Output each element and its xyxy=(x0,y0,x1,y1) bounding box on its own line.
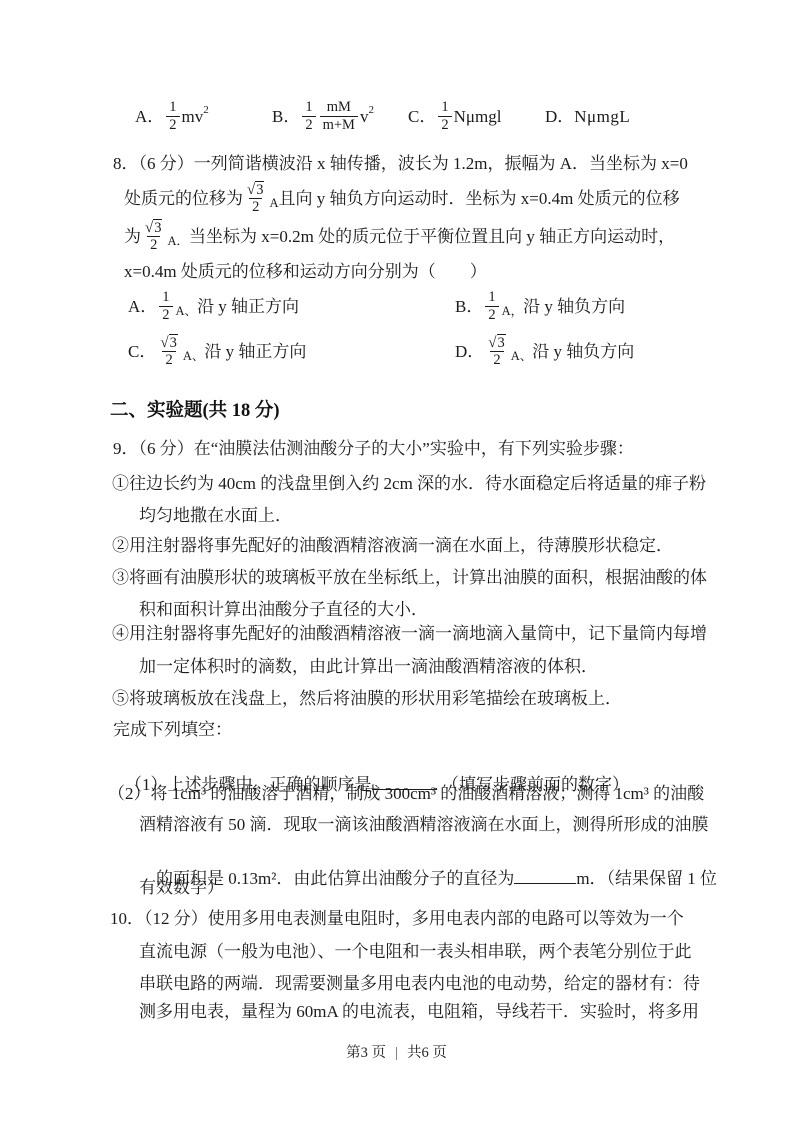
current-page-label: 第3 页 xyxy=(346,1045,386,1061)
question-text: 当坐标为 x=0.2m 处的质元位于平衡位置且向 y 轴正方向运动时， xyxy=(189,225,675,248)
q8-option-b: B． 12 A， 沿 y 轴负方向 xyxy=(455,284,625,328)
q9-step-line: 均匀地撒在水面上． xyxy=(139,504,292,527)
option-text: 沿 y 轴负方向 xyxy=(523,295,625,318)
q9-step-line: ②用注射器将事先配好的油酸酒精溶液滴一滴在水面上，待薄膜形状稳定． xyxy=(112,534,673,557)
q8-option-a: A． 12 A、 沿 y 轴正方向 xyxy=(128,284,299,328)
formula-text: mv xyxy=(182,105,204,128)
denominator: 2 xyxy=(166,116,179,133)
amplitude-symbol: A、 xyxy=(511,345,533,368)
section-header: 二、实验题(共 18 分) xyxy=(110,400,280,423)
fraction: 12 xyxy=(302,99,315,132)
footer-separator: | xyxy=(395,1045,398,1061)
q9-part2-line: 酒精溶液有 50 滴．现取一滴该油酸酒精溶液滴在水面上，测得所形成的油膜 xyxy=(139,813,709,836)
q7-option-d: D． NμmgL xyxy=(545,95,630,137)
q7-option-a: A． 12 mv 2 xyxy=(135,95,209,137)
superscript: 2 xyxy=(368,99,374,122)
fraction: 12 xyxy=(485,289,498,322)
option-label: D． xyxy=(455,340,484,363)
formula-text: v xyxy=(360,105,369,128)
denominator: 2 xyxy=(490,351,503,368)
q8-line4: x=0.4m 处质元的位移和运动方向分别为（ ） xyxy=(124,260,487,283)
q9-step-line: 加一定体积时的滴数，由此计算出一滴油酸酒精溶液的体积． xyxy=(139,655,598,678)
option-label: A． xyxy=(135,105,164,128)
exam-paper-page: A． 12 mv 2 B． 12 mMm+M v 2 C． 12 Nμmgl D… xyxy=(0,0,793,1122)
option-text: 沿 y 轴正方向 xyxy=(204,340,306,363)
numerator: √3 xyxy=(486,334,507,351)
sqrt-fraction: √32 xyxy=(143,219,164,253)
question-text: m．（结果保留 1 位 xyxy=(576,869,717,888)
option-label: B． xyxy=(455,295,483,318)
radicand: 3 xyxy=(153,219,162,236)
q9-complete-label: 完成下列填空： xyxy=(113,718,232,741)
numerator: √3 xyxy=(245,181,266,198)
q9-part2-line: 有效数字） xyxy=(139,876,224,899)
fraction: 12 xyxy=(159,289,172,322)
q9-step-line: ④用注射器将事先配好的油酸酒精溶液一滴一滴地滴入量筒中，记下量筒内每增 xyxy=(112,622,707,645)
fill-in-blank xyxy=(514,870,576,884)
option-label: A． xyxy=(128,295,157,318)
q8-line3: 为 √32 A． 当坐标为 x=0.2m 处的质元位于平衡位置且向 y 轴正方向… xyxy=(124,214,675,258)
option-label: D． xyxy=(545,105,574,128)
numerator: 1 xyxy=(303,99,314,115)
sqrt-fraction: √32 xyxy=(245,181,266,215)
numerator: 1 xyxy=(167,99,178,115)
radicand: 3 xyxy=(497,334,506,351)
amplitude-symbol: A xyxy=(269,192,278,215)
fraction: mMm+M xyxy=(320,99,358,132)
total-pages-label: 共6 页 xyxy=(407,1045,447,1061)
option-label: B． xyxy=(272,105,300,128)
denominator: 2 xyxy=(249,198,262,215)
question-text: 处质元的位移为 xyxy=(124,187,243,210)
question-text: 且向 y 轴负方向运动时．坐标为 x=0.4m 处质元的位移 xyxy=(279,187,680,210)
q9-part2-line: 的面积是 0.13m²．由此估算出油酸分子的直径为m．（结果保留 1 位 xyxy=(139,844,717,913)
numerator: 1 xyxy=(160,289,171,305)
denominator: 2 xyxy=(438,116,451,133)
q10-line: 直流电源（一般为电池）、一个电阻和一表头相串联，两个表笔分别位于此 xyxy=(139,940,692,963)
option-label: C． xyxy=(128,340,156,363)
amplitude-symbol: A、 xyxy=(183,345,205,368)
q8-line1: 8．（6 分）一列简谐横波沿 x 轴传播，波长为 1.2m，振幅为 A．当坐标为… xyxy=(113,152,688,175)
numerator: √3 xyxy=(158,334,179,351)
sqrt-fraction: √32 xyxy=(158,334,179,368)
fraction: 12 xyxy=(166,99,179,132)
formula-text: Nμmgl xyxy=(454,105,502,128)
denominator: 2 xyxy=(159,306,172,323)
option-text: 沿 y 轴负方向 xyxy=(532,340,634,363)
numerator: mM xyxy=(325,99,353,115)
q9-intro: 9．（6 分）在“油膜法估测油酸分子的大小”实验中，有下列实验步骤： xyxy=(113,437,634,460)
radical-icon: √ xyxy=(488,336,496,351)
q10-line: 串联电路的两端．现需要测量多用电表内电池的电动势，给定的器材有：待 xyxy=(139,972,700,995)
sqrt-fraction: √32 xyxy=(486,334,507,368)
radicand: 3 xyxy=(255,181,264,198)
denominator: m+M xyxy=(320,116,358,133)
q8-option-c: C． √32 A、 沿 y 轴正方向 xyxy=(128,329,306,373)
q9-step-line: ①往边长约为 40cm 的浅盘里倒入约 2cm 深的水．待水面稳定后将适量的痱子… xyxy=(112,472,706,495)
amplitude-symbol: A． xyxy=(167,230,189,253)
fraction: 12 xyxy=(438,99,451,132)
q9-step-line: 积和面积计算出油酸分子直径的大小． xyxy=(139,598,428,621)
radical-icon: √ xyxy=(160,336,168,351)
superscript: 2 xyxy=(203,99,209,122)
q7-option-c: C． 12 Nμmgl xyxy=(408,95,501,137)
amplitude-symbol: A、 xyxy=(176,300,198,323)
q10-line: 10．（12 分）使用多用电表测量电阻时，多用电表内部的电路可以等效为一个 xyxy=(110,907,684,930)
numerator: 1 xyxy=(486,289,497,305)
radicand: 3 xyxy=(169,334,178,351)
amplitude-symbol: A， xyxy=(502,300,524,323)
numerator: √3 xyxy=(143,219,164,236)
denominator: 2 xyxy=(162,351,175,368)
q7-option-b: B． 12 mMm+M v 2 xyxy=(272,95,374,137)
q10-line: 测多用电表，量程为 60mA 的电流表，电阻箱，导线若干．实验时，将多用 xyxy=(139,1000,699,1023)
option-label: C． xyxy=(408,105,436,128)
q9-step-line: ③将画有油膜形状的玻璃板平放在坐标纸上，计算出油膜的面积，根据油酸的体 xyxy=(112,566,707,589)
denominator: 2 xyxy=(302,116,315,133)
radical-icon: √ xyxy=(145,221,153,236)
radical-icon: √ xyxy=(247,183,255,198)
q9-part2-line: （2）将 1cm³ 的油酸溶于酒精，制成 300cm³ 的油酸酒精溶液；测得 1… xyxy=(108,782,704,805)
page-footer: 第3 页|共6 页 xyxy=(0,1041,793,1062)
q8-option-d: D． √32 A、 沿 y 轴负方向 xyxy=(455,329,634,373)
numerator: 1 xyxy=(439,99,450,115)
denominator: 2 xyxy=(147,236,160,253)
q9-step-line: ⑤将玻璃板放在浅盘上，然后将油膜的形状用彩笔描绘在玻璃板上． xyxy=(112,687,622,710)
denominator: 2 xyxy=(485,306,498,323)
formula-text: NμmgL xyxy=(574,105,630,128)
option-text: 沿 y 轴正方向 xyxy=(197,295,299,318)
question-text: 为 xyxy=(124,225,141,248)
